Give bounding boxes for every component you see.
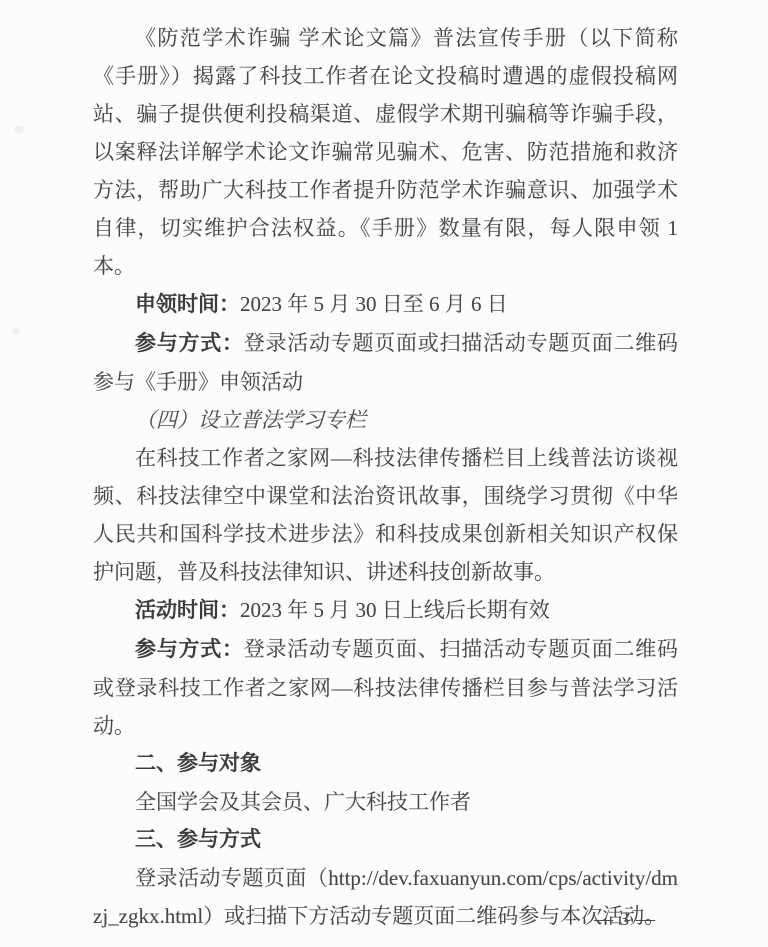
- paragraph-text: （四）设立普法学习专栏: [135, 408, 366, 432]
- field-label: 申领时间：: [135, 293, 240, 316]
- paragraph-4: （四）设立普法学习专栏: [93, 401, 678, 439]
- paragraph-2: 申领时间：2023 年 5 月 30 日至 6 月 6 日: [93, 285, 678, 324]
- paragraph-text: 在科技工作者之家网—科技法律传播栏目上线普法访谈视频、科技法律空中课堂和法治资讯…: [93, 446, 678, 584]
- field-label: 参与方式：: [135, 638, 244, 661]
- paragraph-9: 全国学会及其会员、广大科技工作者: [93, 783, 678, 821]
- document-body: 《防范学术诈骗 学术论文篇》普法宣传手册（以下简称《手册》）揭露了科技工作者在论…: [93, 19, 678, 935]
- paragraph-5: 在科技工作者之家网—科技法律传播栏目上线普法访谈视频、科技法律空中课堂和法治资讯…: [93, 439, 678, 591]
- paragraph-8: 二、参与对象: [93, 745, 678, 783]
- paragraph-text: 三、参与方式: [135, 828, 261, 851]
- paragraph-text: 《防范学术诈骗 学术论文篇》普法宣传手册（以下简称《手册》）揭露了科技工作者在论…: [93, 26, 678, 278]
- paragraph-6: 活动时间：2023 年 5 月 30 日上线后长期有效: [93, 591, 678, 630]
- field-label: 参与方式：: [135, 332, 244, 355]
- paragraph-text: 全国学会及其会员、广大科技工作者: [135, 790, 471, 814]
- scan-artifact: [14, 126, 24, 134]
- paragraph-10: 三、参与方式: [93, 821, 678, 859]
- paragraph-11: 登录活动专题页面（http://dev.faxuanyun.com/cps/ac…: [93, 859, 678, 935]
- field-label: 活动时间：: [135, 599, 240, 622]
- paragraph-text: 2023 年 5 月 30 日至 6 月 6 日: [240, 292, 508, 316]
- page-number: — 3 —: [594, 909, 656, 931]
- paragraph-1: 《防范学术诈骗 学术论文篇》普法宣传手册（以下简称《手册》）揭露了科技工作者在论…: [93, 19, 678, 285]
- scanned-document-page: 《防范学术诈骗 学术论文篇》普法宣传手册（以下简称《手册》）揭露了科技工作者在论…: [0, 0, 768, 947]
- paragraph-text: 二、参与对象: [135, 752, 261, 775]
- paragraph-7: 参与方式：登录活动专题页面、扫描活动专题页面二维码或登录科技工作者之家网—科技法…: [93, 630, 678, 745]
- paragraph-3: 参与方式：登录活动专题页面或扫描活动专题页面二维码参与《手册》申领活动: [93, 324, 678, 401]
- paragraph-text: 2023 年 5 月 30 日上线后长期有效: [240, 598, 550, 622]
- scan-artifact: [12, 328, 20, 335]
- paragraph-text: 登录活动专题页面（http://dev.faxuanyun.com/cps/ac…: [93, 866, 678, 928]
